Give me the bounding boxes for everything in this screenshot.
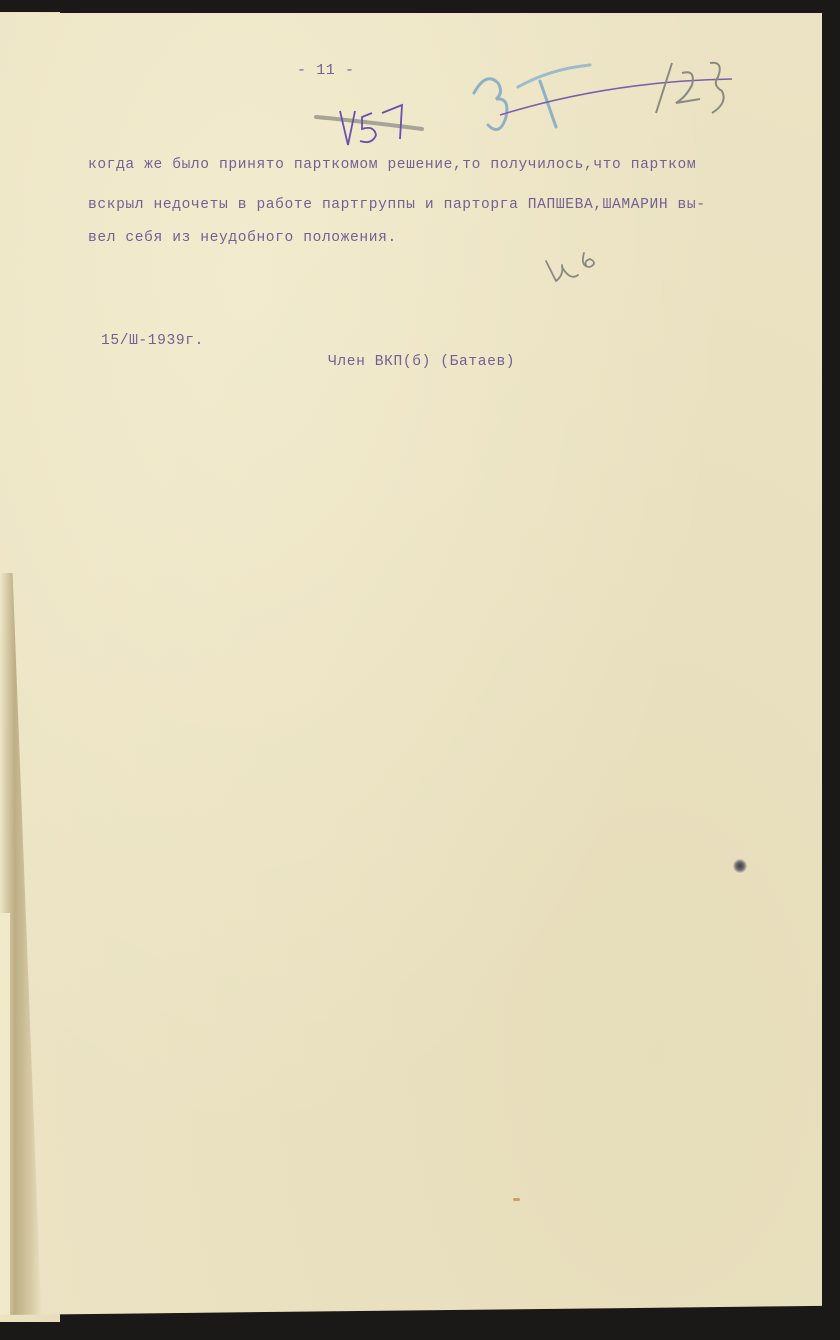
pencil-note-icon bbox=[540, 245, 610, 290]
document-page: - 11 - когда же было принято парткомом р… bbox=[0, 13, 822, 1315]
paper-speck bbox=[513, 1198, 520, 1201]
handwritten-folio-35-128-icon bbox=[460, 53, 740, 143]
body-line-2: вскрыл недочеты в работе партгруппы и па… bbox=[88, 197, 706, 213]
binding-strip bbox=[0, 913, 10, 1323]
handwritten-folio-151-icon bbox=[310, 91, 430, 151]
body-line-3: вел себя из неудобного положения. bbox=[88, 230, 397, 246]
page-number: - 11 - bbox=[297, 62, 355, 79]
body-line-1: когда же было принято парткомом решение,… bbox=[88, 157, 696, 173]
document-date: 15/Ш-1939г. bbox=[101, 333, 204, 349]
scanned-document: - 11 - когда же было принято парткомом р… bbox=[0, 0, 840, 1340]
ink-stain bbox=[733, 859, 747, 873]
signature-line: Член ВКП(б) (Батаев) bbox=[328, 354, 515, 370]
